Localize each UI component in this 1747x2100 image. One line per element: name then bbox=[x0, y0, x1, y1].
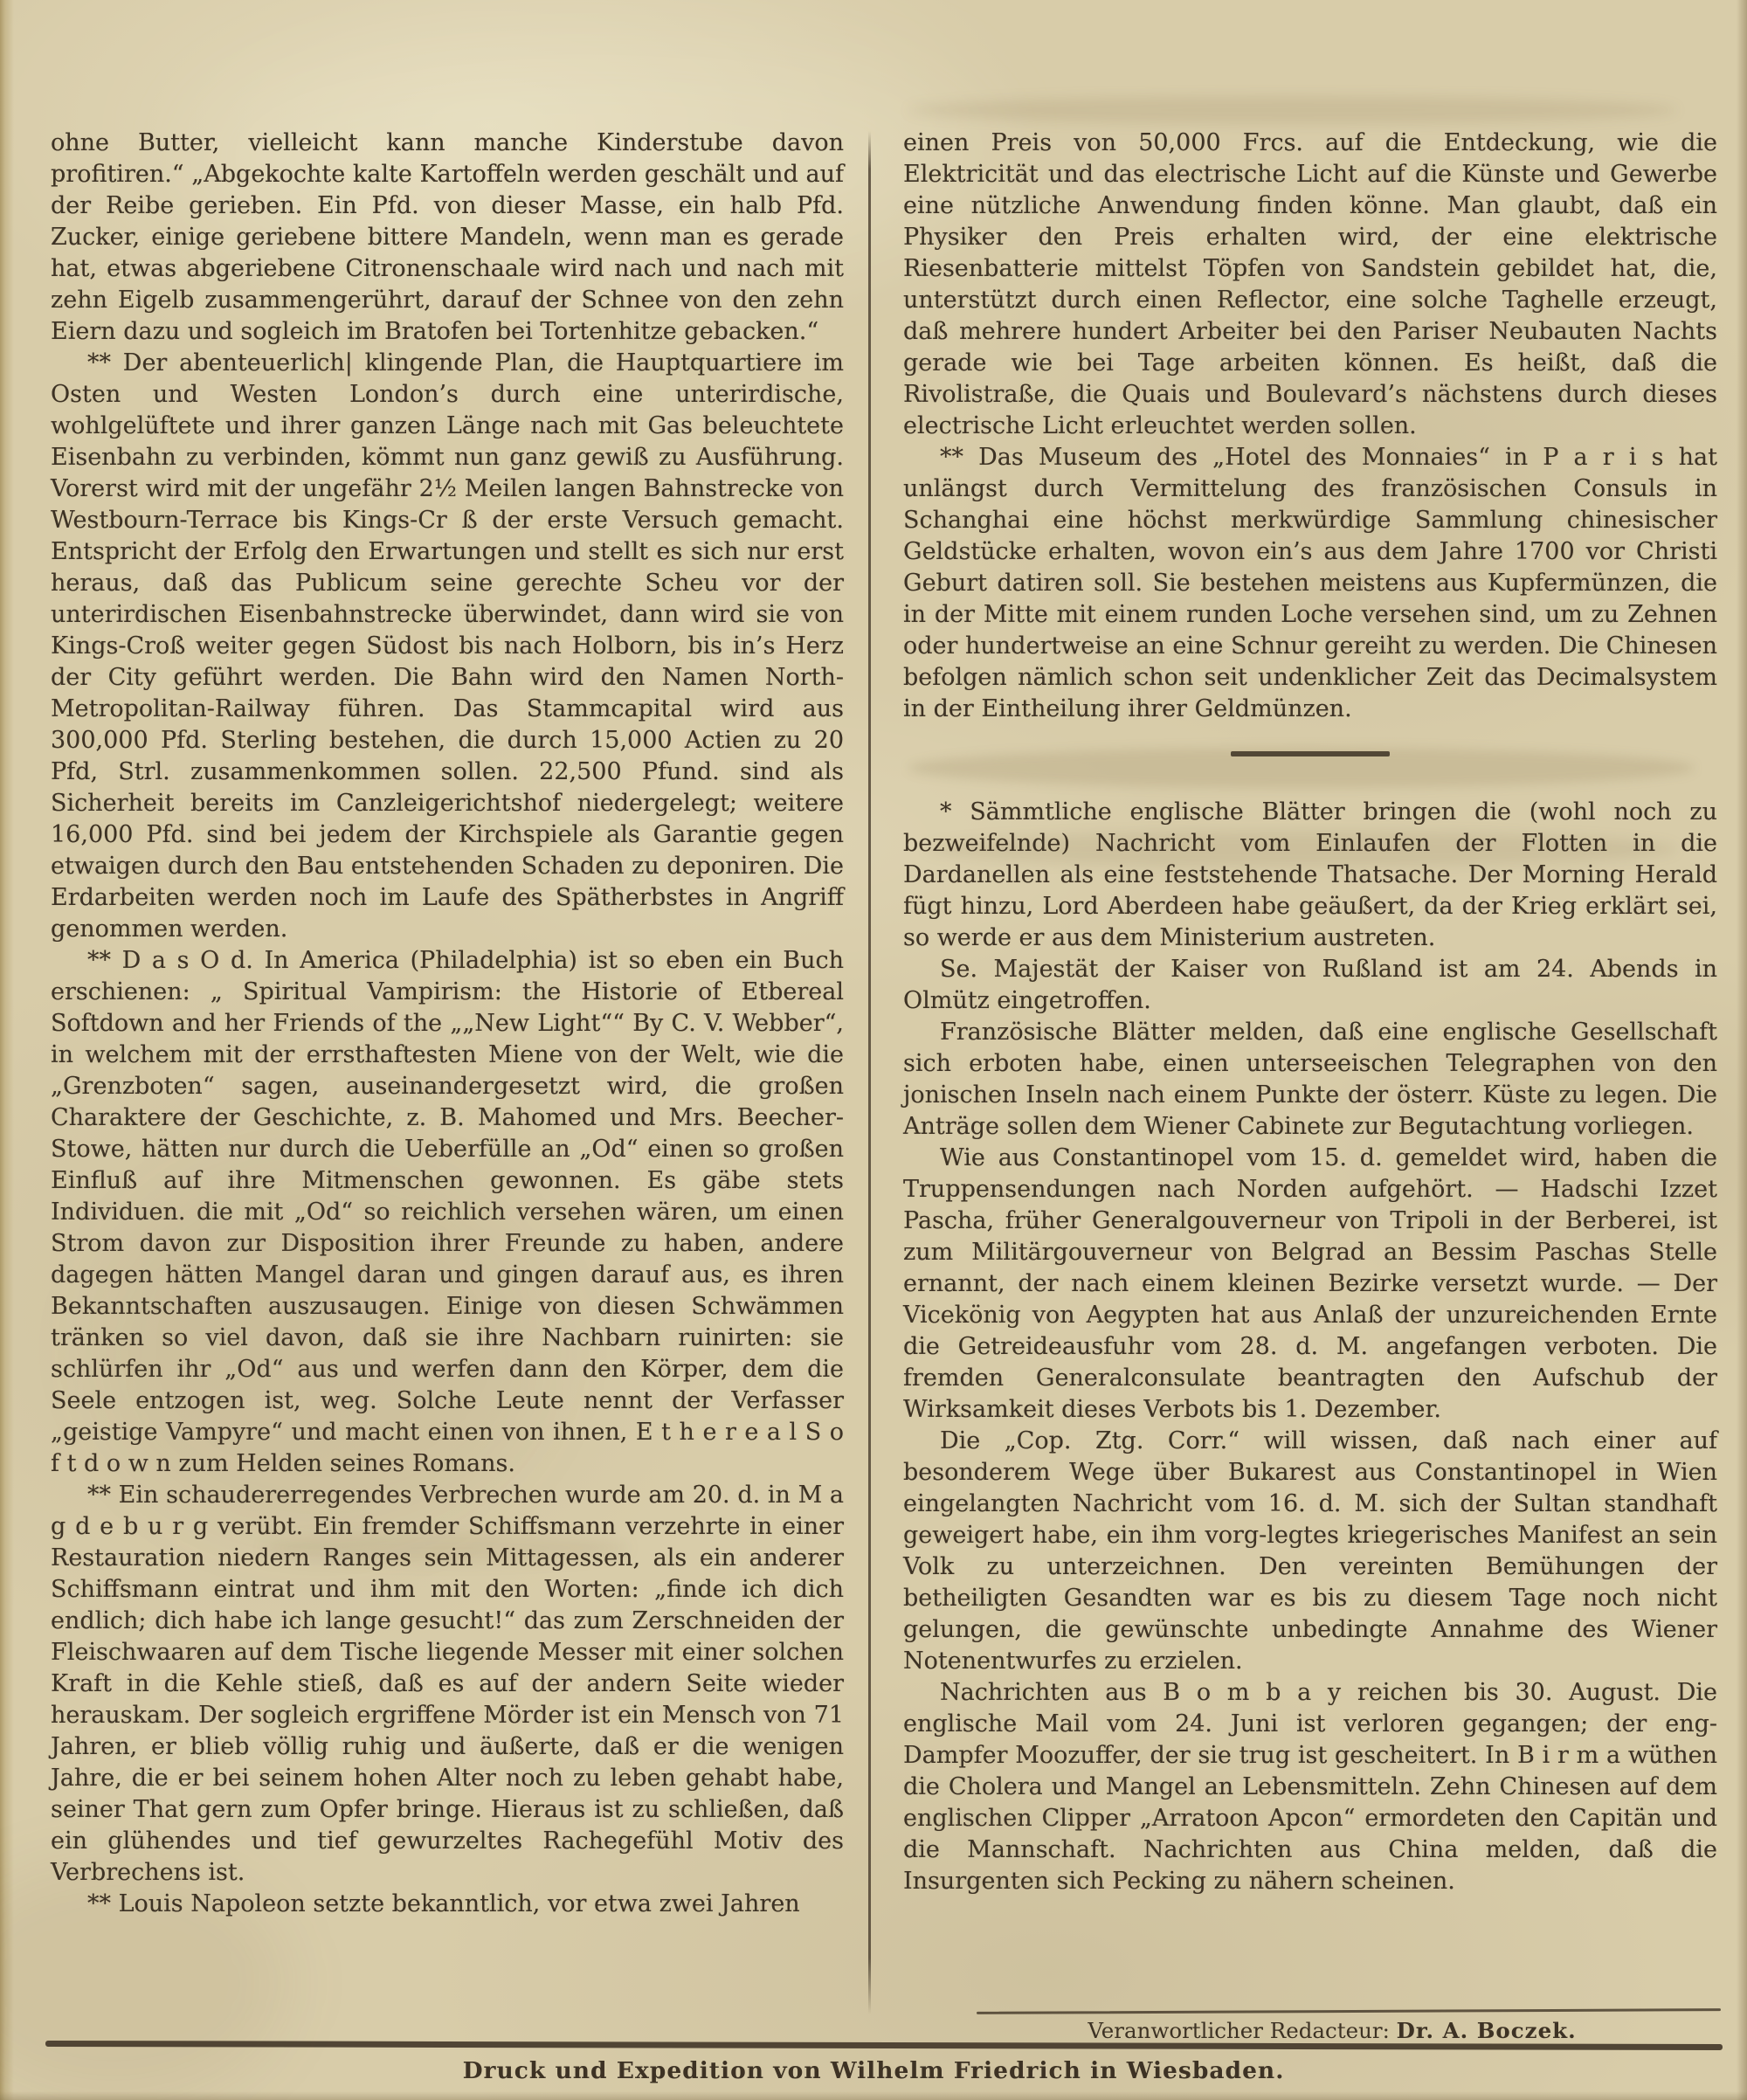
paragraph-od-book: ** D a s O d. In America (Philadelphia) … bbox=[51, 945, 844, 1480]
paragraph-potato-recipe: ohne Butter, vielleicht kann manche Kind… bbox=[51, 128, 844, 348]
imprint-line: Druck und Expedition von Wilhelm Friedri… bbox=[0, 2057, 1747, 2084]
paragraph-kaiser-olmuetz: Se. Majestät der Kaiser von Rußland ist … bbox=[903, 954, 1717, 1017]
left-column: ohne Butter, vielleicht kann manche Kind… bbox=[51, 128, 844, 1920]
redacteur-name: Dr. A. Boczek. bbox=[1397, 2018, 1577, 2043]
newspaper-page: ohne Butter, vielleicht kann manche Kind… bbox=[0, 0, 1747, 2100]
section-separator-rule bbox=[1231, 751, 1390, 756]
paragraph-london-railway: ** Der abenteuerlich| klingende Plan, di… bbox=[51, 348, 844, 945]
paper-left-edge bbox=[0, 0, 14, 2100]
paragraph-fleet-dardanelles: * Sämmtliche englische Blätter bringen d… bbox=[903, 797, 1717, 954]
paragraph-magdeburg-crime: ** Ein schaudererregendes Verbrechen wur… bbox=[51, 1480, 844, 1889]
paragraph-paris-coin-museum: ** Das Museum des „Hotel des Monnaies“ i… bbox=[903, 442, 1717, 725]
paragraph-electric-light-prize: einen Preis von 50,000 Frcs. auf die Ent… bbox=[903, 128, 1717, 442]
column-divider-rule bbox=[868, 131, 871, 2014]
footer-thin-rule bbox=[977, 2008, 1721, 2014]
paragraph-submarine-telegraph: Französische Blätter melden, daß eine en… bbox=[903, 1017, 1717, 1143]
paragraph-bombay-news: Nachrichten aus B o m b a y reichen bis … bbox=[903, 1677, 1717, 1897]
paragraph-louis-napoleon: ** Louis Napoleon setzte bekanntlich, vo… bbox=[51, 1889, 844, 1920]
paper-right-edge bbox=[1737, 0, 1747, 2100]
redacteur-label: Veranwortlicher Redacteur: bbox=[1088, 2018, 1390, 2043]
redacteur-line: Veranwortlicher Redacteur: Dr. A. Boczek… bbox=[926, 2018, 1738, 2044]
paragraph-cop-ztg-corr: Die „Cop. Ztg. Corr.“ will wissen, daß n… bbox=[903, 1426, 1717, 1677]
paper-bottom-edge bbox=[0, 2091, 1747, 2100]
paper-stain bbox=[908, 96, 1677, 124]
right-column: einen Preis von 50,000 Frcs. auf die Ent… bbox=[903, 128, 1717, 1897]
paragraph-constantinople-news: Wie aus Constantinopel vom 15. d. gemeld… bbox=[903, 1143, 1717, 1426]
